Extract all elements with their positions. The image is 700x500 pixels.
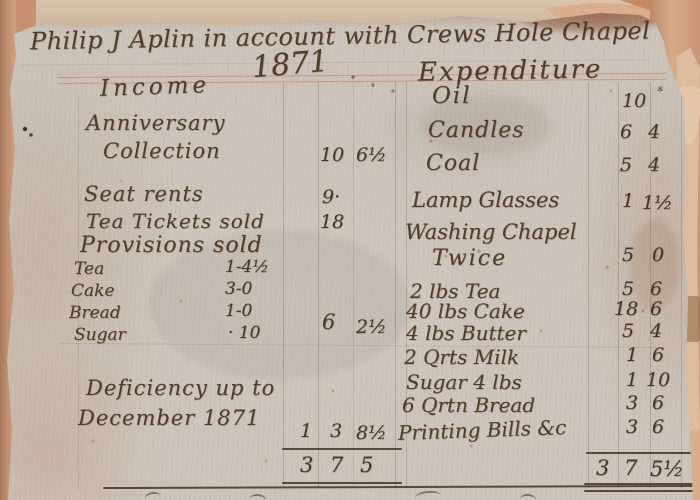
ghost-stroke — [520, 493, 537, 500]
deficiency-label: Deficiency up to — [86, 378, 275, 399]
amount-pence: 4 — [648, 123, 660, 142]
amount-pence: 10 — [646, 371, 670, 390]
amount-shillings: 5 — [622, 246, 634, 265]
expenditure-entry-label: 2 lbs Tea — [410, 281, 500, 301]
deficiency-label: December 1871 — [78, 408, 260, 429]
expenditure-entry-label: Sugar 4 lbs — [406, 372, 522, 392]
amount-shillings: 1 — [626, 371, 638, 390]
deficiency-shillings: 3 — [330, 422, 342, 441]
ledger-page: Philip J Aplin in account with Crews Hol… — [0, 0, 700, 500]
expenditure-entry-label: 40 lbs Cake — [406, 301, 525, 321]
provisions-subtotal-pence: 2½ — [356, 318, 387, 337]
expenditure-entry-label: Coal — [426, 153, 480, 175]
income-total-rule — [282, 448, 402, 450]
year-heading: 1871 — [251, 47, 330, 84]
amount-shillings: 1 — [626, 346, 638, 365]
amount-shillings: 9· — [322, 188, 340, 207]
provision-item-label: Sugar — [74, 327, 126, 344]
amount-pence: 1½ — [642, 194, 673, 213]
column-rule — [395, 82, 396, 488]
ghost-stroke — [144, 491, 161, 500]
provision-item-label: Tea — [74, 261, 104, 278]
expenditure-entry-label: Oil — [432, 85, 472, 108]
income-entry-label: Anniversary — [86, 113, 225, 134]
expenditure-entry-label: 4 lbs Butter — [406, 323, 526, 343]
income-total-pounds: 3 — [300, 455, 313, 476]
provision-item-amount: 1-0 — [225, 303, 252, 320]
ghost-stroke — [249, 493, 266, 500]
column-rule — [588, 82, 589, 488]
page-bottom-rule — [103, 485, 697, 489]
expenditure-total-rule — [586, 452, 698, 454]
income-total-shillings: 7 — [330, 455, 343, 476]
amount-shillings: 5 — [622, 280, 634, 299]
amount-pence: 4 — [648, 156, 660, 175]
amount-pence: 6 — [652, 418, 664, 437]
provision-item-label: Cake — [71, 283, 115, 300]
provision-item-amount: 1-4½ — [225, 259, 269, 276]
column-rule — [318, 82, 319, 488]
column-rule — [353, 82, 354, 488]
income-heading: Income — [100, 74, 211, 101]
expenditure-total-underline — [584, 490, 698, 492]
expenditure-entry-label: Candles — [428, 120, 525, 142]
income-total-underline — [282, 482, 402, 484]
income-entry-label: Tea Tickets sold — [86, 211, 265, 231]
amount-pence: 6 — [650, 300, 662, 319]
amount-shillings: 3 — [626, 394, 638, 413]
amount-shillings: 1 — [622, 192, 634, 211]
amount-pence: 6 — [652, 346, 664, 365]
amount-shillings: 5 — [620, 156, 632, 175]
expenditure-total-shillings: 7 — [624, 458, 637, 479]
expenditure-entry-label: 6 Qrtn Bread — [402, 395, 535, 415]
income-total-pence: 5 — [360, 455, 373, 476]
amount-shillings: 6 — [620, 123, 632, 142]
provision-item-label: Bread — [69, 305, 121, 322]
column-rule — [283, 82, 284, 488]
expenditure-entry-label: Washing Chapel — [405, 222, 577, 243]
column-rule — [618, 82, 619, 488]
amount-shillings: 18 — [614, 300, 638, 319]
expenditure-entry-label: 2 Qrts Milk — [404, 347, 519, 367]
expenditure-entry-label: Twice — [432, 248, 507, 270]
amount-pence: ˢ — [658, 84, 663, 99]
income-entry-label: Collection — [103, 141, 221, 162]
provisions-subtotal-shillings: 6 — [322, 312, 335, 333]
provision-item-amount: · 10 — [228, 325, 260, 342]
amount-shillings: 18 — [320, 213, 344, 232]
expenditure-total-pence: 5½ — [650, 459, 684, 480]
deficiency-pounds: 1 — [300, 422, 312, 441]
provisions-heading: Provisions sold — [80, 235, 263, 257]
expenditure-entry-label: Lamp Glasses — [412, 190, 559, 211]
ghost-stroke — [415, 490, 442, 500]
amount-pence: 6 — [652, 394, 664, 413]
deficiency-pence: 8½ — [356, 424, 387, 443]
amount-pence: 6 — [650, 280, 662, 299]
expenditure-total-pounds: 3 — [596, 458, 609, 479]
scanned-ledger-photo: { "document": { "title_line": "Philip J … — [0, 0, 700, 500]
amount-pence: 4 — [650, 322, 662, 341]
expenditure-entry-label: Printing Bills &c — [398, 417, 567, 443]
expenditure-heading: Expenditure — [418, 56, 603, 85]
amount-pence: 0 — [652, 246, 664, 265]
amount-shillings: 3 — [626, 418, 638, 437]
amount-shillings: 10 — [622, 92, 646, 111]
income-entry-label: Seat rents — [84, 184, 204, 205]
provision-item-amount: 3-0 — [225, 281, 252, 298]
amount-pence: 6½ — [356, 146, 387, 165]
amount-shillings: 5 — [622, 322, 634, 341]
column-rule — [681, 82, 682, 488]
amount-shillings: 10 — [320, 146, 344, 165]
